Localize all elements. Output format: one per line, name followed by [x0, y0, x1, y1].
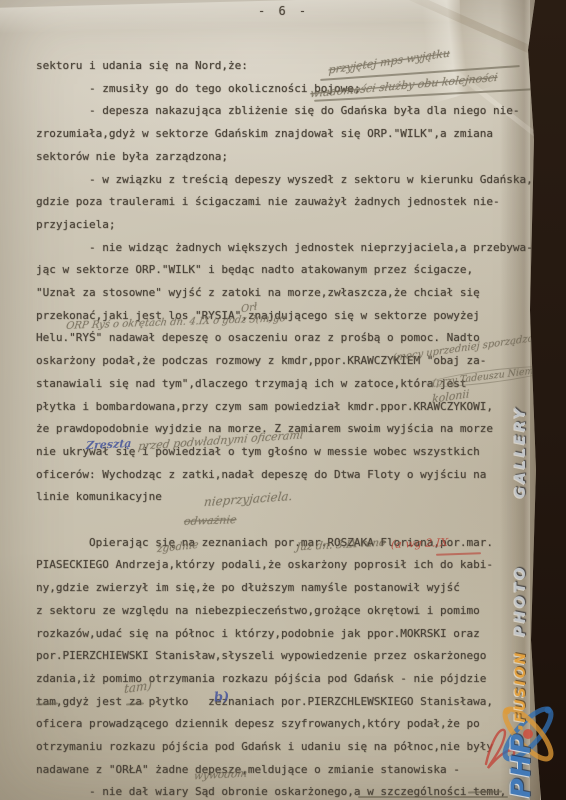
typed-line: rozkazów,udać się na północ i którzy,pod… [36, 628, 480, 639]
atom-logo-icon [486, 694, 566, 776]
typed-line: nadawane z "ORŁA" żadne depesze,meldując… [36, 764, 460, 775]
typed-line: por.PIERZCHIEWSKI Stanisław,słyszeli wyp… [36, 650, 486, 661]
typed-line: płytka i bombardowana,przy czym sam powi… [36, 401, 493, 412]
typed-line: - w związku z treścią depeszy wyszedł z … [36, 174, 533, 185]
typed-line: - nie widząc żadnych większych jednostek… [36, 242, 533, 253]
paper-crease [0, 0, 460, 34]
typed-line: stanawiali się nad tym",dlaczego trzymaj… [36, 378, 466, 389]
typed-line: sektorów nie była zarządzona; [36, 151, 228, 162]
scanned-document-page: - 6 - sektoru i udania się na Nord,że: -… [0, 0, 566, 800]
handwritten-annotation: nieprzyjaciela. [203, 489, 293, 509]
handwritten-annotation: odważnie [183, 513, 237, 528]
typed-line: zdania,iż pomimo otrzymania rozkazu pójś… [36, 673, 486, 684]
handwritten-annotation: przyjętej mps wyjątku [328, 46, 450, 76]
typed-line: otrzymaniu rozkazu pójścia pod Gdańsk i … [36, 741, 493, 752]
typed-line: jąc w sektorze ORP."WILK" i będąc nadto … [36, 264, 473, 275]
typed-line: zrozumiała,gdyż w sektorze Gdańskim znaj… [36, 128, 493, 139]
typed-line: - depesza nakazująca zbliżenie się do Gd… [36, 105, 519, 116]
handwritten-annotation: wywodom [193, 768, 248, 783]
paper-torn-edge-highlight [524, 0, 530, 800]
typed-line: oficerów: Wychodząc z zatki,nadał depesz… [36, 469, 486, 480]
handwritten-annotation: (a wg 2.IX [391, 536, 449, 551]
paper-sheet: - 6 - sektoru i udania się na Nord,że: -… [0, 0, 566, 800]
typed-line: PIASECKIEGO Andrzeja,którzy podali,że os… [36, 559, 493, 570]
typed-line: oficera prowadzącego dziennik depesz szy… [36, 718, 480, 729]
typed-line: z sektoru ze względu na niebezpieczeństw… [36, 605, 480, 616]
handwritten-annotation: tam) [124, 678, 152, 696]
page-number: - 6 - [258, 5, 309, 17]
typed-line: sektoru i udania się na Nord,że: [36, 60, 248, 71]
typed-line: przyjaciela; [36, 219, 115, 230]
handwritten-annotation: b) [213, 689, 229, 705]
typed-line: - nie dał wiary Sąd obronie oskarżonego,… [36, 786, 506, 797]
typed-line: Helu."RYŚ" nadawał depeszę o osaczeniu o… [36, 332, 480, 343]
paper-edge-shadow [500, 0, 540, 800]
red-strike-mark [436, 552, 481, 556]
typed-line: tam,gdyż jest za płytko zeznaniach por.P… [36, 696, 493, 707]
typed-line: linie komunikacyjne [36, 491, 162, 502]
typed-line: "Uznał za stosowne" wyjść z zatoki na mo… [36, 287, 480, 298]
typed-line: ny,gdzie zwierzył im się,że po dłuższym … [36, 582, 460, 593]
typed-line: gdzie poza traulerami i ścigaczami nie z… [36, 196, 500, 207]
handwritten-annotation: Zresztą [86, 437, 132, 452]
